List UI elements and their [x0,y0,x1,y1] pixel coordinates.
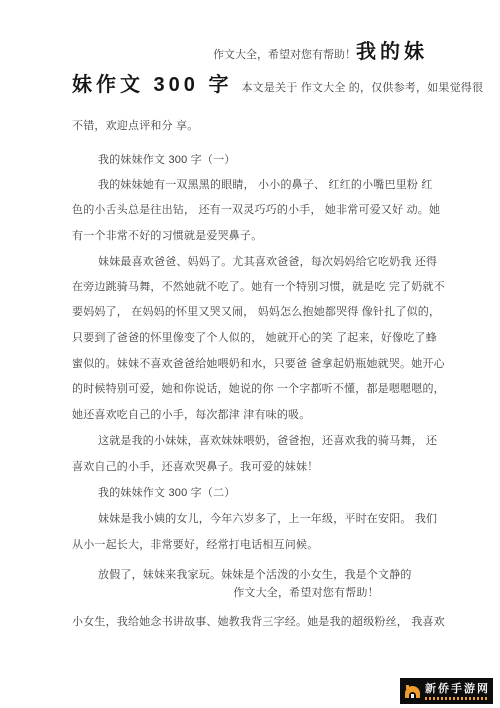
body-text-line: 要妈妈了， 在妈妈的怀里又哭又闹， 妈妈怎么抱她都哭得 像针扎了似的， [72,300,436,325]
essay-title: 妹作文 300 字 [72,74,232,96]
body-text-line: 从小一起长大，非常要好，经常打电话相互问候。 [72,533,436,558]
page-header-line: 作文大全，希望对您有帮助！我的妹 [40,38,428,66]
body-text-line: 我的妹妹她有一双黑黑的眼睛， 小小的鼻子、 红红的小嘴巴里粉 红 [72,173,436,198]
essay1-heading: 我的妹妹作文 300 字（一） [72,148,436,173]
document-page: 作文大全，希望对您有帮助！我的妹 妹作文 300 字本文是关于 作文大全 的，仅… [0,0,500,708]
house-door [411,694,414,698]
body-text-line: 在旁边跳骑马舞，不然她就不吃了。她有一个特别习惯，就是吃 完了奶就不 [72,275,436,300]
body-text-line: 的时候特别可爱，她和你说话，她说的你 一个字都听不懂，都是嗯嗯嗯的， [72,377,436,402]
body-text-line: 喜欢自己的小手，还喜欢哭鼻子。我可爱的妹妹！ [72,455,436,480]
body-text-line: 蜜似的。妹妹不喜欢爸爸给她喂奶和水，只要爸 爸拿起奶瓶她就哭。她开心 [72,352,436,377]
site-watermark: 新侨手游网 [400,678,493,704]
intro-text-line2: 不错，欢迎点评和分 享。 [72,114,436,139]
house-icon [404,685,421,698]
essay-title-line: 妹作文 300 字本文是关于 作文大全 的，仅供参考，如果觉得很 [72,70,460,100]
body-text-line: 这就是我的小妹妹，喜欢妹妹喂奶，爸爸抱，还喜欢我的骑马舞， 还 [72,429,436,454]
body-text-line: 只要到了爸爸的怀里像变了个人似的， 她就开心的笑 了起来，好像吃了蜂 [72,326,436,351]
badge-subtext-strip [425,697,487,700]
essay2-heading: 我的妹妹作文 300 字（二） [72,481,436,506]
intro-text: 本文是关于 作文大全 的，仅供参考，如果觉得很 [241,82,483,94]
watermark-text-block: 新侨手游网 [425,683,488,700]
body-text-line: 妹妹最喜欢爸爸、妈妈了。尤其喜欢爸爸，每次妈妈给它吃奶我 还得 [72,250,436,275]
header-title-fragment: 我的妹 [356,41,428,63]
page-break-note: 作文大全，希望对您有帮助！ [122,583,490,603]
body-text-line: 小女生，我给她念书讲故事、她教我背三字经。她是我的超级粉丝， 我喜欢 [72,610,436,635]
body-text-line: 有一个非常不好的习惯就是爱哭鼻子。 [72,224,436,249]
body-text-line: 妹妹是我小姨的女儿，今年六岁多了，上一年级，平时在安阳。 我们 [72,507,436,532]
site-name: 新侨手游网 [425,683,488,695]
body-text-line: 她还喜欢吃自己的小手，每次都津 津有味的吸。 [72,403,436,428]
body-text-line: 色的小舌头总是往出钻， 还有一双灵巧巧的小手， 她非常可爱又好 动。她 [72,198,436,223]
header-note: 作文大全，希望对您有帮助！ [213,49,356,61]
